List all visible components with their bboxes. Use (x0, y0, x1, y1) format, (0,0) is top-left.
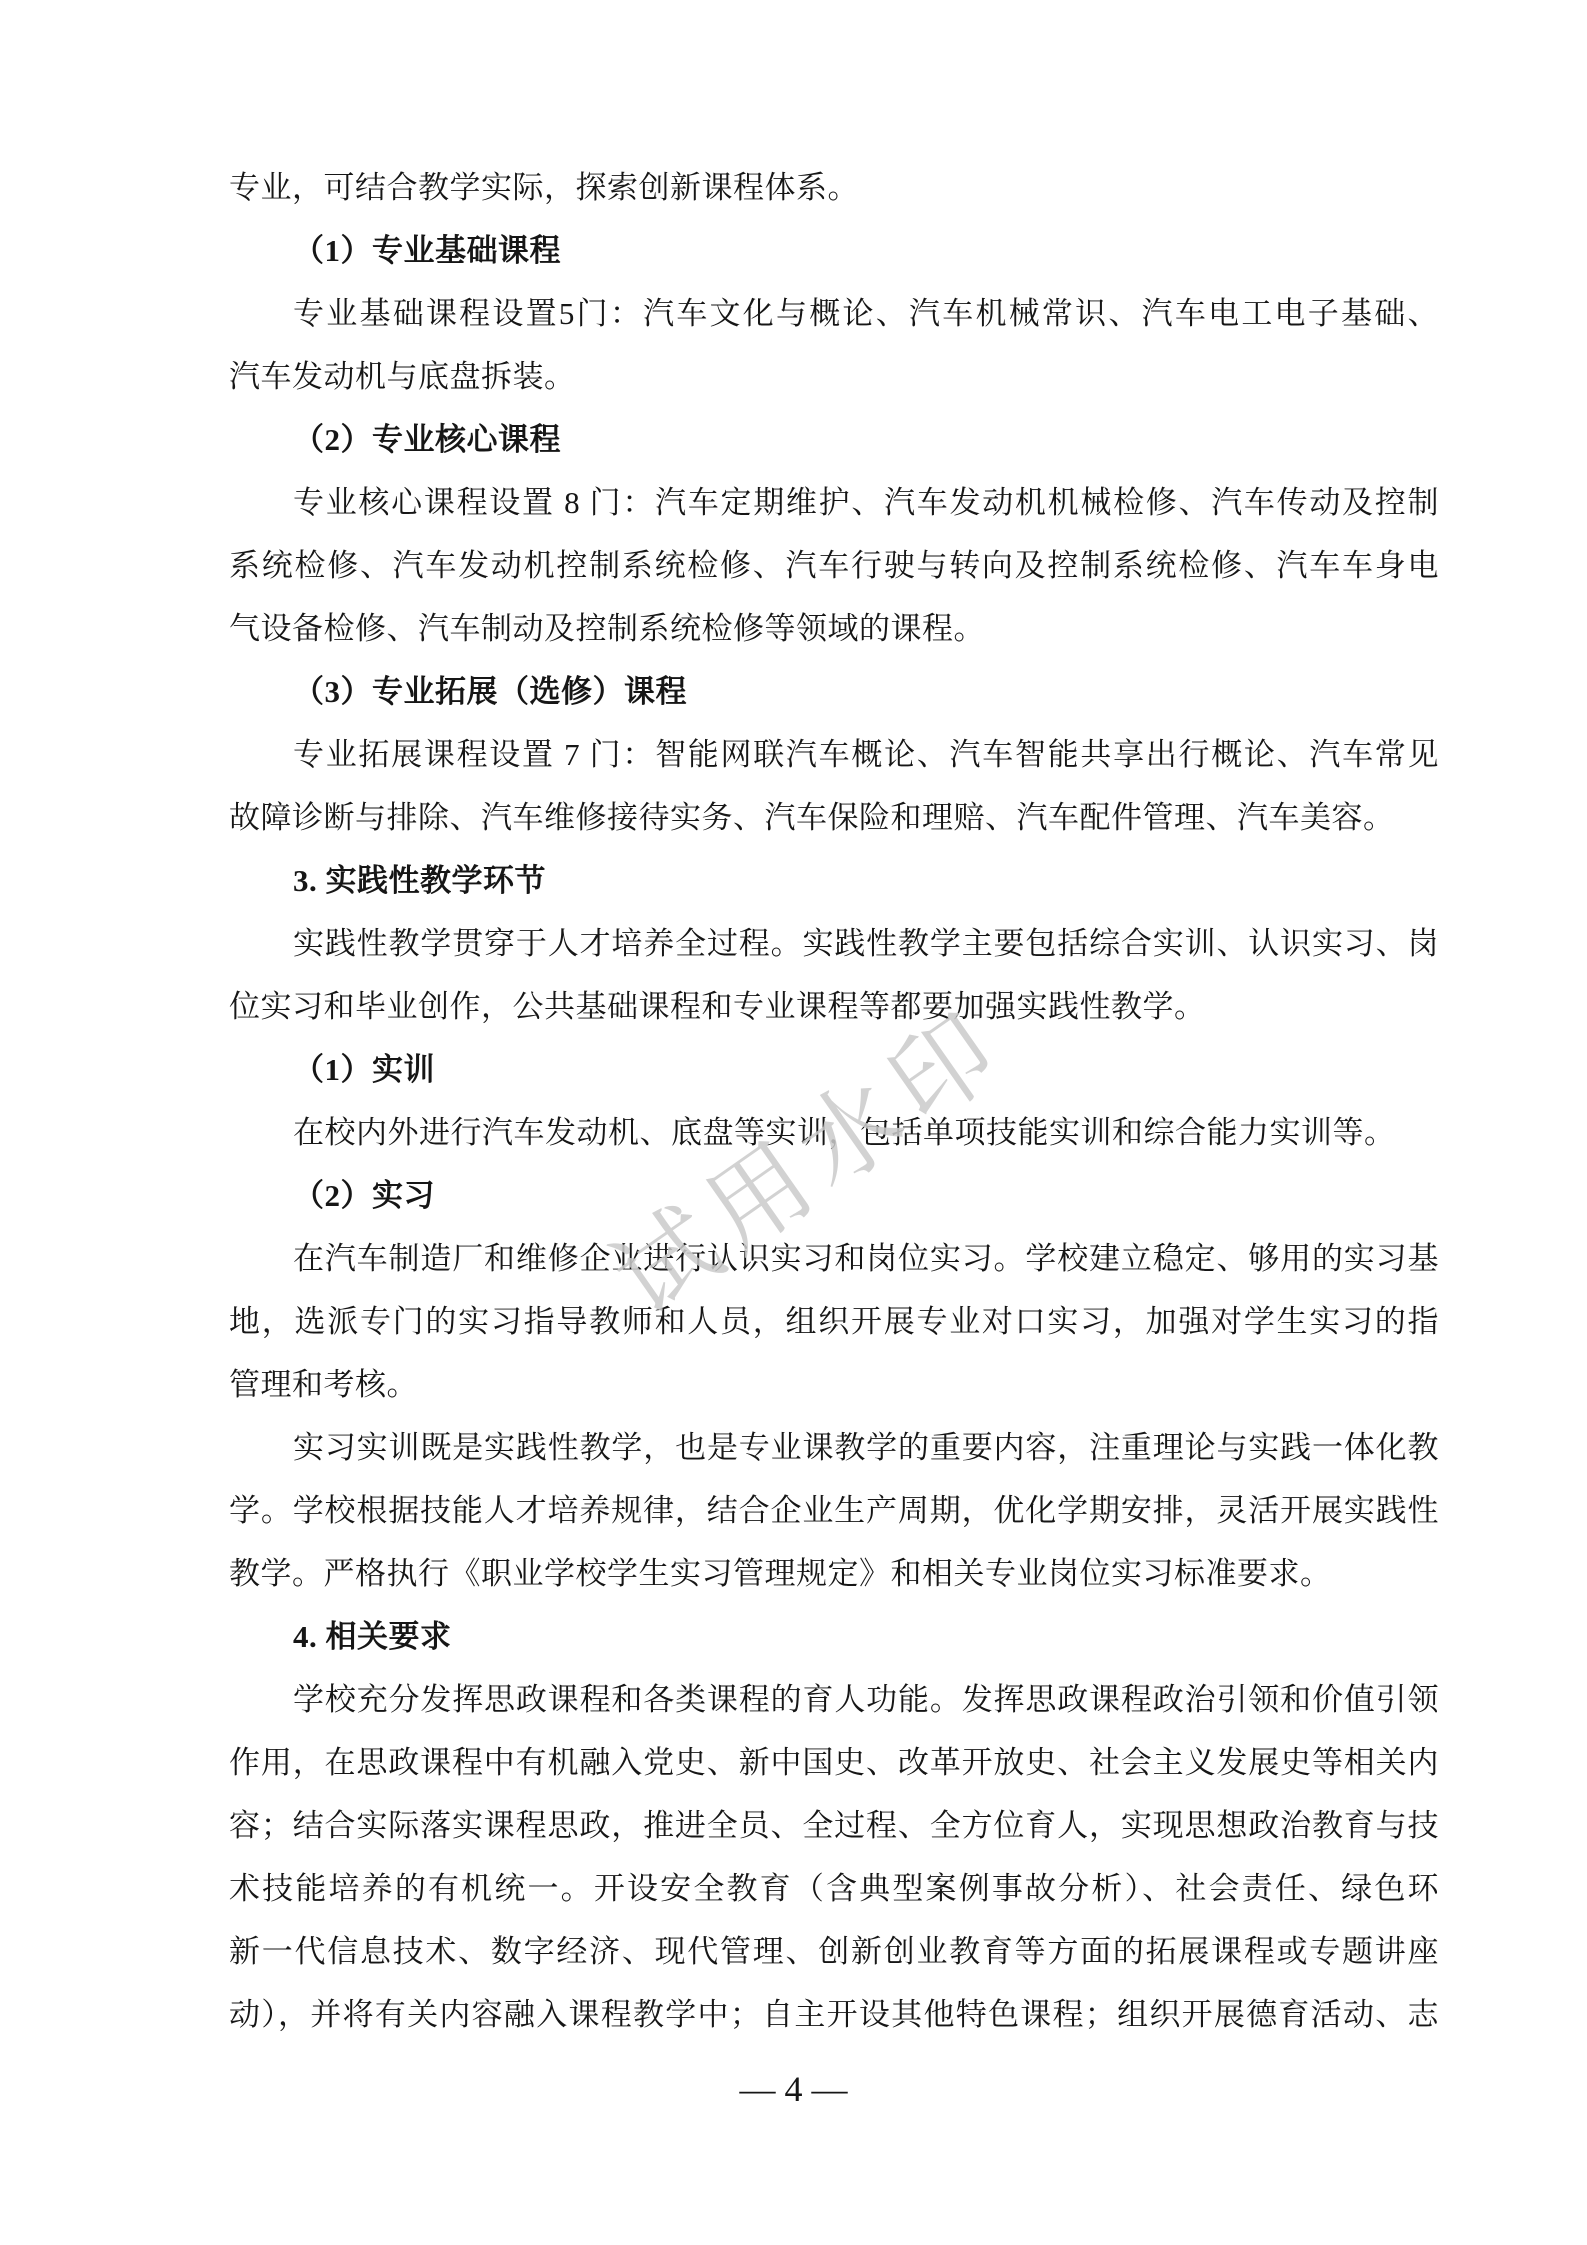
text-line: 汽车发动机与底盘拆装。 (229, 345, 1439, 408)
text-line: 学校充分发挥思政课程和各类课程的育人功能。发挥思政课程政治引领和价值引领 (229, 1668, 1439, 1731)
heading-line: 3. 实践性教学环节 (229, 849, 1439, 912)
text-line: 实践性教学贯穿于人才培养全过程。实践性教学主要包括综合实训、认识实习、岗 (229, 912, 1439, 975)
text-line: 故障诊断与排除、汽车维修接待实务、汽车保险和理赔、汽车配件管理、汽车美容。 (229, 786, 1439, 849)
text-line: 系统检修、汽车发动机控制系统检修、汽车行驶与转向及控制系统检修、汽车车身电 (229, 534, 1439, 597)
text-line: 管理和考核。 (229, 1353, 1439, 1416)
document-body: 专业，可结合教学实际，探索创新课程体系。（1）专业基础课程专业基础课程设置5门：… (229, 156, 1439, 2046)
text-line: 位实习和毕业创作，公共基础课程和专业课程等都要加强实践性教学。 (229, 975, 1439, 1038)
heading-line: （1）实训 (229, 1038, 1439, 1101)
text-line: 专业，可结合教学实际，探索创新课程体系。 (229, 156, 1439, 219)
text-line: 专业基础课程设置5门：汽车文化与概论、汽车机械常识、汽车电工电子基础、 (229, 282, 1439, 345)
text-line: 在校内外进行汽车发动机、底盘等实训，包括单项技能实训和综合能力实训等。 (229, 1101, 1439, 1164)
text-line: 作用，在思政课程中有机融入党史、新中国史、改革开放史、社会主义发展史等相关内 (229, 1731, 1439, 1794)
text-line: 学。学校根据技能人才培养规律，结合企业生产周期，优化学期安排，灵活开展实践性 (229, 1479, 1439, 1542)
text-line: 气设备检修、汽车制动及控制系统检修等领域的课程。 (229, 597, 1439, 660)
heading-line: （2）实习 (229, 1164, 1439, 1227)
text-line: 教学。严格执行《职业学校学生实习管理规定》和相关专业岗位实习标准要求。 (229, 1542, 1439, 1605)
document-page: 专业，可结合教学实际，探索创新课程体系。（1）专业基础课程专业基础课程设置5门：… (0, 0, 1587, 2245)
text-line: 动），并将有关内容融入课程教学中；自主开设其他特色课程；组织开展德育活动、志 (229, 1983, 1439, 2046)
page-number: — 4 — (0, 2068, 1587, 2110)
text-line: 容；结合实际落实课程思政，推进全员、全过程、全方位育人，实现思想政治教育与技 (229, 1794, 1439, 1857)
text-line: 地，选派专门的实习指导教师和人员，组织开展专业对口实习，加强对学生实习的指导、 (229, 1290, 1439, 1353)
heading-line: （2）专业核心课程 (229, 408, 1439, 471)
text-line: 术技能培养的有机统一。开设安全教育（含典型案例事故分析）、社会责任、绿色环保、 (229, 1857, 1439, 1920)
text-line: 实习实训既是实践性教学，也是专业课教学的重要内容，注重理论与实践一体化教 (229, 1416, 1439, 1479)
text-line: 新一代信息技术、数字经济、现代管理、创新创业教育等方面的拓展课程或专题讲座（活 (229, 1920, 1439, 1983)
text-line: 在汽车制造厂和维修企业进行认识实习和岗位实习。学校建立稳定、够用的实习基 (229, 1227, 1439, 1290)
text-line: 专业拓展课程设置 7 门：智能网联汽车概论、汽车智能共享出行概论、汽车常见 (229, 723, 1439, 786)
heading-line: 4. 相关要求 (229, 1605, 1439, 1668)
heading-line: （1）专业基础课程 (229, 219, 1439, 282)
heading-line: （3）专业拓展（选修）课程 (229, 660, 1439, 723)
text-line: 专业核心课程设置 8 门：汽车定期维护、汽车发动机机械检修、汽车传动及控制 (229, 471, 1439, 534)
